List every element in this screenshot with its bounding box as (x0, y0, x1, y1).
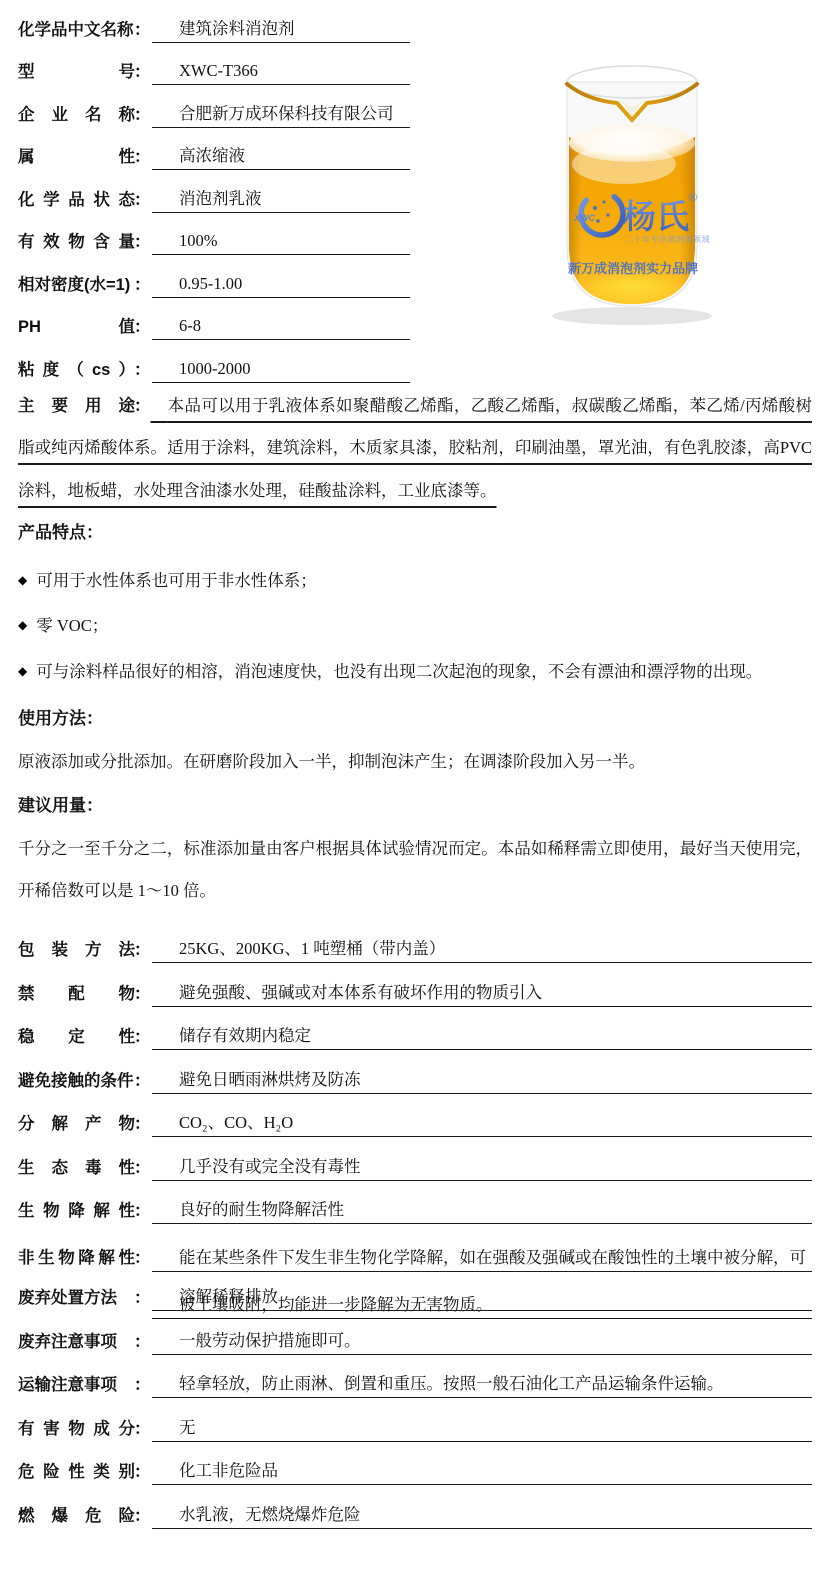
top-section: 化学品中文名称：建筑涂料消泡剂型号：XWC-T366企业名称：合肥新万成环保科技… (18, 0, 812, 383)
field-label: 包装方法： (18, 936, 152, 963)
field-row: 生物降解性：良好的耐生物降解活性 (18, 1181, 812, 1225)
field-value: 合肥新万成环保科技有限公司 (152, 100, 410, 128)
feature-item: ◆零 VOC； (18, 604, 812, 650)
field-row: 有效物含量：100% (18, 213, 410, 256)
field-label: 生态毒性： (18, 1154, 152, 1181)
diamond-bullet-icon: ◆ (18, 664, 27, 678)
field-label: PH值： (18, 313, 152, 340)
field-label: 主要用途： (18, 385, 151, 428)
field-value: 几乎没有或完全没有毒性 (152, 1153, 812, 1181)
field-row: 包装方法：25KG、200KG、1 吨塑桶（带内盖） (18, 920, 812, 964)
feature-text: 可与涂料样品很好的相溶，消泡速度快，也没有出现二次起泡的现象，不会有漂油和漂浮物… (36, 662, 762, 681)
field-value: 1000-2000 (152, 359, 410, 383)
field-row: 危险性类别：化工非危险品 (18, 1442, 812, 1486)
dosage-text: 千分之一至千分之二，标准添加量由客户根据具体试验情况而定。本品如稀释需立即使用，… (18, 828, 812, 913)
product-photo: XWC 杨氏 ® 二十年专注消泡剂领域 新万成消泡剂实力品牌 (530, 42, 734, 342)
feature-item: ◆可与涂料样品很好的相溶，消泡速度快，也没有出现二次起泡的现象，不会有漂油和漂浮… (18, 650, 812, 696)
beaker-shadow (552, 307, 712, 325)
field-label: 化学品状态： (18, 186, 152, 213)
diamond-bullet-icon: ◆ (18, 618, 27, 632)
field-value: 储存有效期内稳定 (152, 1022, 812, 1050)
field-row: 非生物降解性：能在某些条件下发生非生物化学降解，如在强酸及强碱或在酸蚀性的土壤中… (18, 1224, 812, 1268)
section-heading-dosage: 建议用量： (18, 785, 812, 828)
field-value: 良好的耐生物降解活性 (152, 1196, 812, 1224)
field-value: 高浓缩液 (152, 142, 410, 170)
field-value: 溶解稀释排放 (152, 1283, 812, 1311)
field-value: 化工非危险品 (152, 1457, 812, 1485)
field-label: 相对密度(水=1)： (18, 271, 152, 298)
field-label: 废弃处置方法： (18, 1284, 152, 1311)
field-row: 型号：XWC-T366 (18, 43, 410, 86)
main-use-field: 主要用途：本品可以用于乳液体系如聚醋酸乙烯酯，乙酸乙烯酯，叔碳酸乙烯酯，苯乙烯/… (18, 385, 812, 513)
field-row: 分解产物：CO₂、CO、H₂O (18, 1094, 812, 1138)
field-value: 0.95-1.00 (152, 274, 410, 298)
field-row: 避免接触的条件：避免日晒雨淋烘烤及防冻 (18, 1050, 812, 1094)
product-spec-document: 化学品中文名称：建筑涂料消泡剂型号：XWC-T366企业名称：合肥新万成环保科技… (0, 0, 830, 1529)
field-row: 粘度（cs）：1000-2000 (18, 340, 410, 383)
field-value: 25KG、200KG、1 吨塑桶（带内盖） (152, 935, 812, 963)
field-row: 稳定性：储存有效期内稳定 (18, 1007, 812, 1051)
field-row: 运输注意事项：轻拿轻放，防止雨淋、倒置和重压。按照一般石油化工产品运输条件运输。 (18, 1355, 812, 1399)
field-row: 禁配物：避免强酸、强碱或对本体系有破坏作用的物质引入 (18, 963, 812, 1007)
brand-banner-text: 新万成消泡剂实力品牌 (568, 261, 698, 276)
field-row: 属性：高浓缩液 (18, 128, 410, 171)
field-label: 有害物成分： (18, 1415, 152, 1442)
field-value: 6-8 (152, 316, 410, 340)
registered-mark-icon: ® (689, 192, 697, 204)
field-label: 属性： (18, 143, 152, 170)
field-value: 无 (152, 1414, 812, 1442)
brand-name-text: 杨氏 (623, 198, 690, 235)
field-label: 燃爆危险： (18, 1502, 152, 1529)
field-row: 燃爆危险：水乳液，无燃烧爆炸危险 (18, 1485, 812, 1529)
bottom-fields: 包装方法：25KG、200KG、1 吨塑桶（带内盖）禁配物：避免强酸、强碱或对本… (18, 920, 812, 1529)
field-label: 禁配物： (18, 980, 152, 1007)
section-heading-features: 产品特点： (18, 512, 812, 555)
field-row: 化学品状态：消泡剂乳液 (18, 170, 410, 213)
field-label: 非生物降解性： (18, 1224, 152, 1271)
feature-list: ◆可用于水性体系也可用于非水性体系；◆零 VOC；◆可与涂料样品很好的相溶，消泡… (18, 559, 812, 696)
logo-abbr-text: XWC (573, 213, 595, 223)
field-label: 避免接触的条件： (18, 1067, 152, 1094)
beaker-image: XWC 杨氏 ® 二十年专注消泡剂领域 新万成消泡剂实力品牌 (530, 42, 734, 342)
field-value: 水乳液，无燃烧爆炸危险 (152, 1501, 812, 1529)
field-label: 企业名称： (18, 101, 152, 128)
top-fields: 化学品中文名称：建筑涂料消泡剂型号：XWC-T366企业名称：合肥新万成环保科技… (18, 0, 410, 383)
usage-text: 原液添加或分批添加。在研磨阶段加入一半，抑制泡沫产生；在调漆阶段加入另一半。 (18, 741, 812, 784)
field-label: 运输注意事项： (18, 1371, 152, 1398)
field-label: 废弃注意事项： (18, 1328, 152, 1355)
field-value-line: 能在某些条件下发生非生物化学降解，如在强酸及强碱或在酸蚀性的土壤中被分解，可 (152, 1224, 812, 1272)
field-label: 分解产物： (18, 1110, 152, 1137)
field-value: 轻拿轻放，防止雨淋、倒置和重压。按照一般石油化工产品运输条件运输。 (152, 1370, 812, 1398)
field-label: 粘度（cs）： (18, 356, 152, 383)
field-label: 有效物含量： (18, 228, 152, 255)
field-label: 稳定性： (18, 1023, 152, 1050)
field-row: 相对密度(水=1)：0.95-1.00 (18, 255, 410, 298)
field-value: 避免日晒雨淋烘烤及防冻 (152, 1066, 812, 1094)
feature-text: 零 VOC； (36, 616, 108, 635)
logo-tagline-text: 二十年专注消泡剂领域 (625, 234, 710, 244)
field-value: CO₂、CO、H₂O (152, 1109, 812, 1137)
field-label: 生物降解性： (18, 1197, 152, 1224)
field-row: 有害物成分：无 (18, 1398, 812, 1442)
field-row: 生态毒性：几乎没有或完全没有毒性 (18, 1137, 812, 1181)
field-row: PH值：6-8 (18, 298, 410, 341)
field-value: 建筑涂料消泡剂 (152, 15, 410, 43)
field-value: 避免强酸、强碱或对本体系有破坏作用的物质引入 (152, 979, 812, 1007)
field-label: 危险性类别： (18, 1458, 152, 1485)
feature-text: 可用于水性体系也可用于非水性体系； (36, 571, 317, 590)
feature-item: ◆可用于水性体系也可用于非水性体系； (18, 559, 812, 605)
field-value: 100% (152, 231, 410, 255)
field-value: XWC-T366 (152, 61, 410, 85)
field-value: 一般劳动保护措施即可。 (152, 1327, 812, 1355)
field-row: 企业名称：合肥新万成环保科技有限公司 (18, 85, 410, 128)
section-heading-usage: 使用方法： (18, 698, 812, 741)
field-label: 型号： (18, 58, 152, 85)
diamond-bullet-icon: ◆ (18, 573, 27, 587)
field-row: 化学品中文名称：建筑涂料消泡剂 (18, 0, 410, 43)
field-label: 化学品中文名称： (18, 16, 152, 43)
field-value: 消泡剂乳液 (152, 185, 410, 213)
